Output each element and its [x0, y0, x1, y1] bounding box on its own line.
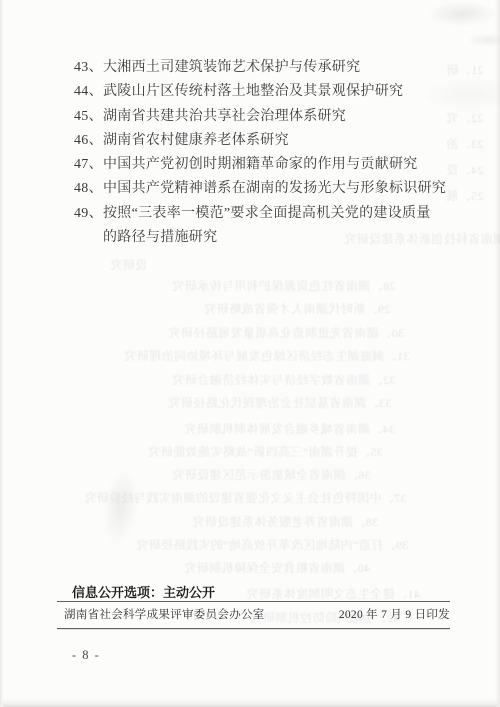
- issue-date: 2020 年 7 月 9 日印发: [339, 606, 450, 622]
- bleed-through-line: 30、湖南省先进制造业高质量发展路径研究: [168, 327, 404, 340]
- bleed-through-line: 41、健全生态文明制度体系研究: [246, 588, 420, 601]
- item-text: 湖南省农村健康养老体系研究: [103, 133, 289, 148]
- item-number: 45、: [74, 105, 103, 129]
- scanned-document-page: 21、研22、究23、治24、设25、展26、湖南省科技创新体系建设研究设研究2…: [0, 0, 500, 707]
- item-number: 47、: [74, 153, 103, 177]
- item-number: 43、: [74, 56, 103, 80]
- list-item: 44、武陵山片区传统村落土地整治及其景观保护研究: [74, 80, 484, 104]
- item-number: 44、: [74, 80, 103, 104]
- bleed-through-line: 31、洞庭湖生态经济区绿色发展与环境协同治理研究: [124, 350, 410, 363]
- list-item: 46、湖南省农村健康养老体系研究: [74, 129, 484, 153]
- issuer-row: 湖南省社会科学成果评审委员会办公室 2020 年 7 月 9 日印发: [64, 606, 450, 622]
- item-text: 武陵山片区传统村落土地整治及其景观保护研究: [103, 84, 403, 99]
- topic-list: 43、大湘西土司建筑装饰艺术保护与传承研究44、武陵山片区传统村落土地整治及其景…: [74, 56, 484, 250]
- bleed-through-line: 28、湖南省红色资源保护利用与传承研究: [172, 280, 396, 293]
- disclosure-option-label: 信息公开选项：主动公开: [72, 582, 215, 601]
- item-number: 48、: [74, 177, 103, 201]
- item-number: 49、: [74, 202, 103, 226]
- list-item: 45、湖南省共建共治共享社会治理体系研究: [74, 105, 484, 129]
- bleed-through-line: 设研究: [110, 259, 147, 272]
- bleed-through-line: 38、湖南省养老服务体系建设研究: [192, 516, 378, 529]
- bleed-through-line: 29、新时代湖南人才强省战略研究: [204, 303, 390, 316]
- bleed-through-line: 39、打造“内陆地区改革开放高地”的实践路径研究: [136, 539, 408, 552]
- page-number: - 8 -: [72, 648, 100, 663]
- item-text: 湖南省共建共治共享社会治理体系研究: [103, 109, 346, 124]
- item-text: 中国共产党初创时期湘籍革命家的作用与贡献研究: [103, 157, 418, 172]
- bleed-through-line: 36、湖南省全域旅游示范区建设研究: [172, 469, 371, 482]
- list-item: 48、中国共产党精神谱系在湖南的发扬光大与形象标识研究: [74, 177, 484, 201]
- scan-smudge: [99, 466, 144, 548]
- bleed-through-line: 32、湖南省数字经济与实体经济融合研究: [172, 374, 396, 387]
- list-item-continuation: 的路径与措施研究: [74, 226, 484, 250]
- item-text: 按照“三表率一模范”要求全面提高机关党的建设质量: [103, 206, 431, 221]
- list-item: 47、中国共产党初创时期湘籍革命家的作用与贡献研究: [74, 153, 484, 177]
- list-item: 49、按照“三表率一模范”要求全面提高机关党的建设质量: [74, 202, 484, 226]
- item-text: 大湘西土司建筑装饰艺术保护与传承研究: [103, 60, 360, 75]
- item-text: 中国共产党精神谱系在湖南的发扬光大与形象标识研究: [103, 181, 446, 196]
- list-item: 43、大湘西土司建筑装饰艺术保护与传承研究: [74, 56, 484, 80]
- issuer-name: 湖南省社会科学成果评审委员会办公室: [64, 606, 265, 622]
- bleed-through-line: 34、湖南省城乡融合发展体制机制研究: [184, 423, 395, 436]
- footer-divider-bottom: [57, 628, 450, 629]
- bleed-through-line: 40、湖南省粮食安全保障机制研究: [184, 562, 370, 575]
- footer-divider-top: [57, 601, 450, 602]
- bleed-through-line: 35、提升湖南“三高四新”战略实施效能研究: [148, 446, 383, 459]
- bleed-through-line: 33、湖南省基层社会治理现代化路径研究: [168, 397, 392, 410]
- item-number: 46、: [74, 129, 103, 153]
- item-text: 的路径与措施研究: [103, 230, 217, 245]
